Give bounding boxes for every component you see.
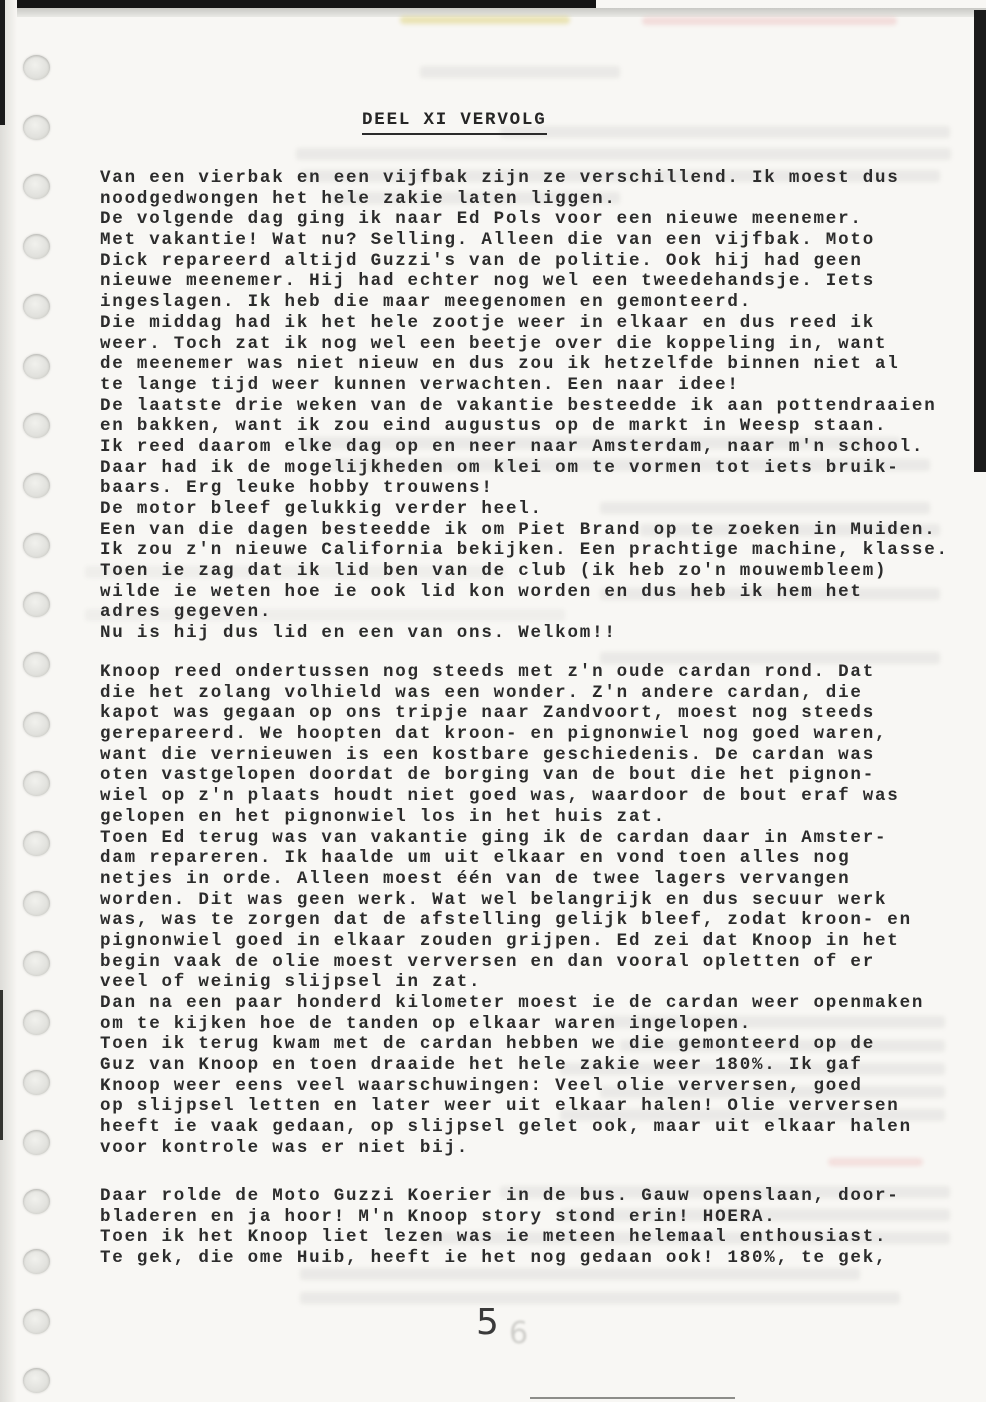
bleed-through-artifact [300, 1292, 900, 1304]
text-line: Van een vierbak en een vijfbak zijn ze v… [100, 168, 980, 189]
binder-hole [23, 55, 50, 80]
paragraph-block-3: Daar rolde de Moto Guzzi Koerier in de b… [100, 1186, 980, 1269]
text-line: Toen Ed terug was van vakantie ging ik d… [100, 828, 980, 849]
binder-hole [23, 1249, 50, 1274]
text-line: gerepareerd. We hoopten dat kroon- en pi… [100, 724, 980, 745]
page-title: DEEL XI VERVOLG [362, 110, 547, 135]
text-line: Daar had ik de mogelijkheden om klei om … [100, 458, 980, 479]
text-line: heeft ie vaak gedaan, op slijpsel gelet … [100, 1117, 980, 1138]
text-line: weer. Toch zat ik nog wel een beetje ove… [100, 334, 980, 355]
text-line: op slijpsel letten en later weer uit elk… [100, 1096, 980, 1117]
text-line: pignonwiel goed in elkaar zouden grijpen… [100, 931, 980, 952]
binder-hole [23, 115, 50, 140]
text-line: te lange tijd weer kunnen verwachten. Ee… [100, 375, 980, 396]
text-line: netjes in orde. Alleen moest één van de … [100, 869, 980, 890]
paragraph-block-1: Van een vierbak en een vijfbak zijn ze v… [100, 168, 980, 644]
text-line: Ik zou z'n nieuwe California bekijken. E… [100, 540, 980, 561]
text-line: Dan na een paar honderd kilometer moest … [100, 993, 980, 1014]
scanned-page: DEEL XI VERVOLG Van een vierbak en een v… [0, 0, 986, 1402]
scan-artifact-line [530, 1397, 735, 1399]
text-line: Toen ik terug kwam met de cardan hebben … [100, 1034, 980, 1055]
ghost-page-number: 6 [509, 1316, 528, 1351]
text-line: Knoop weer eens veel waarschuwingen: Vee… [100, 1076, 980, 1097]
text-line: die het zolang volhield was een wonder. … [100, 683, 980, 704]
bleed-through-artifact [500, 126, 950, 138]
binder-hole [23, 533, 50, 558]
binder-hole [23, 831, 50, 856]
text-line: Toen ik het Knoop liet lezen was ie mete… [100, 1227, 980, 1248]
text-line: Een van die dagen besteedde ik om Piet B… [100, 520, 980, 541]
text-line: Dick repareerd altijd Guzzi's van de pol… [100, 251, 980, 272]
text-line: ingeslagen. Ik heb die maar meegenomen e… [100, 292, 980, 313]
binder-hole [23, 1189, 50, 1214]
text-line: voor kontrole was er niet bij. [100, 1138, 980, 1159]
text-line: de meenemer was niet nieuw en dus zou ik… [100, 354, 980, 375]
text-line: want die vernieuwen is een kostbare gesc… [100, 745, 980, 766]
text-line: bladeren en ja hoor! M'n Knoop story sto… [100, 1207, 980, 1228]
text-line: adres gegeven. [100, 602, 980, 623]
text-line: Met vakantie! Wat nu? Selling. Alleen di… [100, 230, 980, 251]
bleed-color-smudge [642, 17, 897, 25]
text-line: oten vastgelopen doordat de borging van … [100, 765, 980, 786]
binder-hole [23, 771, 50, 796]
scan-edge-left-dark [0, 990, 3, 1140]
text-line: Ik reed daarom elke dag op en neer naar … [100, 437, 980, 458]
text-line: kapot was gegaan op ons tripje naar Zand… [100, 703, 980, 724]
text-line: veel of weinig slijpsel in zat. [100, 972, 980, 993]
binder-hole [23, 1010, 50, 1035]
binder-hole [23, 951, 50, 976]
text-line: nieuwe meenemer. Hij had echter nog wel … [100, 271, 980, 292]
text-line: De volgende dag ging ik naar Ed Pols voo… [100, 209, 980, 230]
text-line: Knoop reed ondertussen nog steeds met z'… [100, 662, 980, 683]
text-line: begin vaak de olie moest verversen en da… [100, 952, 980, 973]
binder-hole [23, 234, 50, 259]
binder-hole [23, 1309, 50, 1334]
bleed-through-artifact [420, 66, 620, 78]
scan-edge-left-dark [0, 0, 5, 125]
text-line: wiel op z'n plaats houdt niet goed was, … [100, 786, 980, 807]
text-line: noodgedwongen het hele zakie laten ligge… [100, 189, 980, 210]
binder-hole [23, 1130, 50, 1155]
text-line: De motor bleef gelukkig verder heel. [100, 499, 980, 520]
text-line: was, was te zorgen dat de afstelling gel… [100, 910, 980, 931]
text-line: baars. Erg leuke hobby trouwens! [100, 478, 980, 499]
scan-edge-top-black [0, 0, 596, 8]
binder-hole [23, 174, 50, 199]
binder-hole [23, 1368, 50, 1393]
bleed-through-artifact [296, 148, 951, 160]
text-line: dam repareren. Ik haalde um uit elkaar e… [100, 848, 980, 869]
text-line: gelopen en het pignonwiel los in het hui… [100, 807, 980, 828]
text-line: worden. Dit was geen werk. Wat wel belan… [100, 890, 980, 911]
text-line: Nu is hij dus lid en een van ons. Welkom… [100, 623, 980, 644]
text-line: De laatste drie weken van de vakantie be… [100, 396, 980, 417]
binder-hole [23, 413, 50, 438]
binder-hole [23, 473, 50, 498]
bleed-color-smudge [828, 1158, 923, 1166]
binder-hole [23, 712, 50, 737]
bleed-color-smudge [400, 16, 570, 24]
binder-hole [23, 592, 50, 617]
text-line: Te gek, die ome Huib, heeft ie het nog g… [100, 1248, 980, 1269]
text-line: om te kijken hoe de tanden op elkaar war… [100, 1014, 980, 1035]
text-line: Guz van Knoop en toen draaide het hele z… [100, 1055, 980, 1076]
text-line: wilde ie weten hoe ie ook lid kon worden… [100, 582, 980, 603]
scan-edge-left-strip [0, 0, 17, 1402]
binder-hole [23, 294, 50, 319]
binder-hole [23, 1070, 50, 1095]
text-line: en bakken, want ik zou eind augustus op … [100, 416, 980, 437]
text-line: Toen ie zag dat ik lid ben van de club (… [100, 561, 980, 582]
binder-hole [23, 652, 50, 677]
paragraph-block-2: Knoop reed ondertussen nog steeds met z'… [100, 662, 980, 1159]
page-number: 5 [476, 1302, 499, 1343]
bleed-through-artifact [300, 1268, 860, 1280]
text-line: Die middag had ik het hele zootje weer i… [100, 313, 980, 334]
binder-hole [23, 891, 50, 916]
binder-hole [23, 354, 50, 379]
text-line: Daar rolde de Moto Guzzi Koerier in de b… [100, 1186, 980, 1207]
